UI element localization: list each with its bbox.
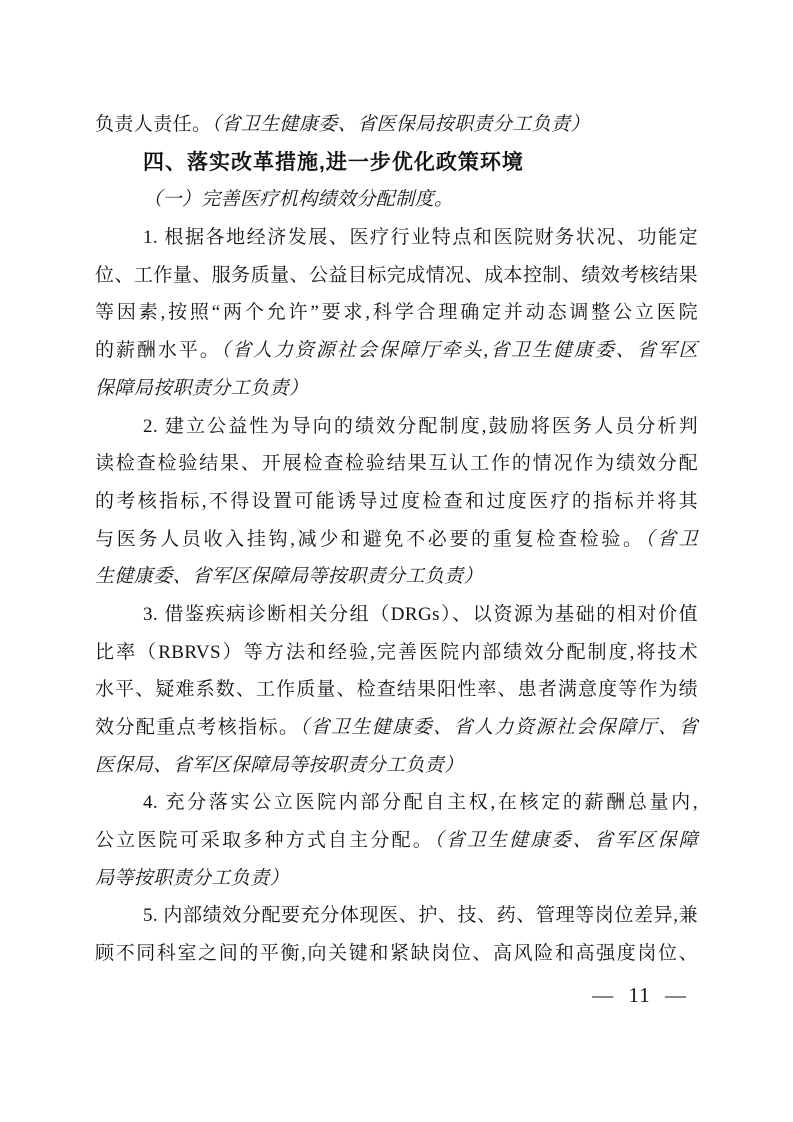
text-line: 顾不同科室之间的平衡,向关键和紧缺岗位、高风险和高强度岗位、	[95, 935, 698, 973]
text-line: 等因素,按照“两个允许”要求,科学合理确定并动态调整公立医院	[95, 294, 698, 332]
text-line: 保障局按职责分工负责）	[95, 370, 698, 408]
subsection-heading: （一）完善医疗机构绩效分配制度。	[95, 181, 698, 219]
body-text: 1. 根据各地经济发展、医疗行业特点和医院财务状况、功能定	[143, 227, 698, 248]
text-line: 水平、疑难系数、工作质量、检查结果阳性率、患者满意度等作为绩	[95, 671, 698, 709]
text-line: 的考核指标,不得设置可能诱导过度检查和过度医疗的指标并将其	[95, 483, 698, 521]
heading-text: 四、落实改革措施,进一步优化政策环境	[143, 151, 524, 174]
body-text: 顾不同科室之间的平衡,向关键和紧缺岗位、高风险和高强度岗位、	[95, 943, 698, 964]
body-text: 5. 内部绩效分配要充分体现医、护、技、药、管理等岗位差异,兼	[143, 905, 698, 926]
body-text: 比率（RBRVS）等方法和经验,完善医院内部绩效分配制度,将技术	[95, 642, 698, 663]
body-text: 水平、疑难系数、工作质量、检查结果阳性率、患者满意度等作为绩	[95, 679, 698, 700]
text-line: 的薪酬水平。（省人力资源社会保障厅牵头,省卫生健康委、省军区	[95, 332, 698, 370]
body-text: 位、工作量、服务质量、公益目标完成情况、成本控制、绩效考核结果	[95, 265, 698, 286]
text-line: 4. 充分落实公立医院内部分配自主权,在核定的薪酬总量内,	[95, 784, 698, 822]
page-number: — 11 —	[95, 983, 687, 1008]
attribution-text: （省卫生健康委、省人力资源社会保障厅、省	[300, 717, 698, 738]
text-line: 效分配重点考核指标。（省卫生健康委、省人力资源社会保障厅、省	[95, 709, 698, 747]
body-text: 2. 建立公益性为导向的绩效分配制度,鼓励将医务人员分析判	[143, 416, 698, 437]
body-text: 效分配重点考核指标。	[95, 717, 300, 738]
body-text: 与医务人员收入挂钩,减少和避免不必要的重复检查检验。	[95, 529, 645, 550]
attribution-text: 生健康委、省军区保障局等按职责分工负责）	[95, 566, 483, 587]
document-body: 负责人责任。（省卫生健康委、省医保局按职责分工负责）四、落实改革措施,进一步优化…	[95, 106, 698, 973]
text-line: 读检查检验结果、开展检查检验结果互认工作的情况作为绩效分配	[95, 445, 698, 483]
text-line: 1. 根据各地经济发展、医疗行业特点和医院财务状况、功能定	[95, 219, 698, 257]
text-line: 负责人责任。（省卫生健康委、省医保局按职责分工负责）	[95, 106, 698, 144]
body-text: 等因素,按照“两个允许”要求,科学合理确定并动态调整公立医院	[95, 302, 698, 323]
attribution-text: （省卫生健康委、省军区保障	[434, 830, 698, 851]
text-line: 2. 建立公益性为导向的绩效分配制度,鼓励将医务人员分析判	[95, 408, 698, 446]
attribution-text: （省卫生健康委、省医保局按职责分工负责）	[211, 114, 590, 135]
text-line: 公立医院可采取多种方式自主分配。（省卫生健康委、省军区保障	[95, 822, 698, 860]
text-line: 位、工作量、服务质量、公益目标完成情况、成本控制、绩效考核结果	[95, 257, 698, 295]
text-line: 3. 借鉴疾病诊断相关分组（DRGs）、以资源为基础的相对价值	[95, 596, 698, 634]
body-text: 4. 充分落实公立医院内部分配自主权,在核定的薪酬总量内,	[143, 792, 698, 813]
attribution-text: 局等按职责分工负责）	[95, 868, 289, 889]
body-text: 的考核指标,不得设置可能诱导过度检查和过度医疗的指标并将其	[95, 491, 698, 512]
text-line: 比率（RBRVS）等方法和经验,完善医院内部绩效分配制度,将技术	[95, 634, 698, 672]
attribution-text: 保障局按职责分工负责）	[95, 378, 308, 399]
body-text: 负责人责任。	[95, 114, 211, 135]
body-text: 读检查检验结果、开展检查检验结果互认工作的情况作为绩效分配	[95, 453, 698, 474]
document-page: 负责人责任。（省卫生健康委、省医保局按职责分工负责）四、落实改革措施,进一步优化…	[0, 0, 793, 1122]
text-line: 生健康委、省军区保障局等按职责分工负责）	[95, 558, 698, 596]
attribution-text: 医保局、省军区保障局等按职责分工负责）	[95, 755, 464, 776]
body-text: 公立医院可采取多种方式自主分配。	[95, 830, 434, 851]
text-line: 5. 内部绩效分配要充分体现医、护、技、药、管理等岗位差异,兼	[95, 897, 698, 935]
text-line: 医保局、省军区保障局等按职责分工负责）	[95, 747, 698, 785]
attribution-text: （省人力资源社会保障厅牵头,省卫生健康委、省军区	[221, 340, 698, 361]
text-line: 局等按职责分工负责）	[95, 860, 698, 898]
attribution-text: （省卫	[645, 529, 698, 550]
text-line: 与医务人员收入挂钩,减少和避免不必要的重复检查检验。（省卫	[95, 521, 698, 559]
body-text: 3. 借鉴疾病诊断相关分组（DRGs）、以资源为基础的相对价值	[143, 604, 698, 625]
attribution-text: （一）完善医疗机构绩效分配制度。	[143, 189, 453, 210]
body-text: 的薪酬水平。	[95, 340, 221, 361]
section-heading: 四、落实改革措施,进一步优化政策环境	[95, 144, 698, 182]
